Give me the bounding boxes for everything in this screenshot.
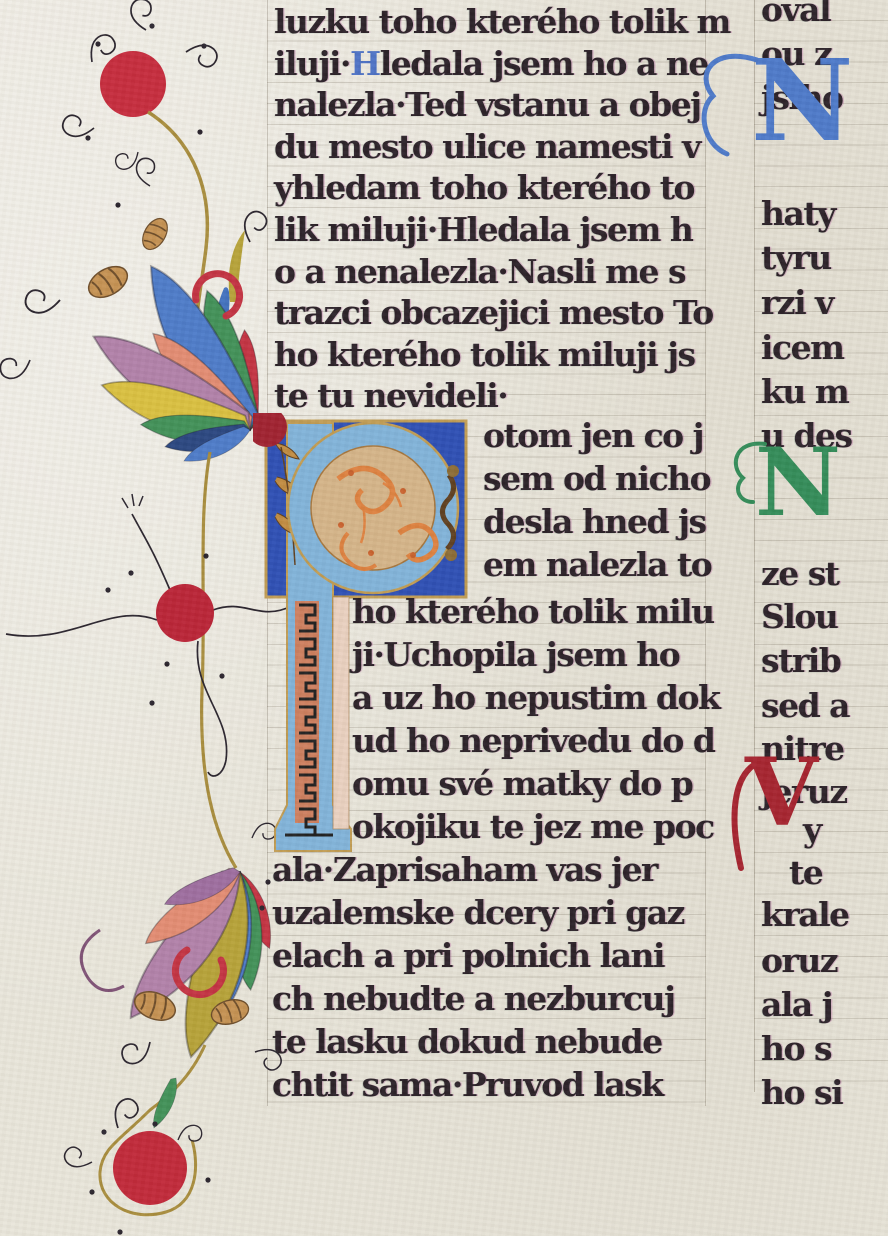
manuscript-page: luzku toho kterého tolik m iluji·Hledala… (0, 0, 888, 1236)
text-fragment: ku m (761, 372, 848, 411)
text-fragment: strib (761, 641, 840, 680)
text-line: du mesto ulice namesti v (274, 126, 730, 168)
text-line: omu své matky do p (352, 762, 719, 805)
text-line: te lasku dokud nebude (272, 1020, 684, 1063)
main-text-block-beside-stem: ho kterého tolik milu ji·Uchopila jsem h… (352, 590, 719, 848)
text-fragment: ho si (761, 1073, 842, 1112)
text-line: yhledam toho kterého to (274, 167, 730, 209)
text-line: o a nenalezla·Nasli me s (274, 251, 730, 293)
text-line: em nalezla to (483, 543, 711, 586)
text-line: chtit sama·Pruvod lask (272, 1063, 684, 1106)
text-line: a uz ho nepustim dok (352, 676, 719, 719)
text-fragment: tyru (761, 238, 831, 277)
text-fragment: sed a (761, 686, 849, 725)
text-fragment: ala j (761, 985, 832, 1024)
main-text-block-bottom: ala·Zaprisaham vas jer uzalemske dcery p… (272, 848, 684, 1106)
text-line: te tu nevideli· (274, 375, 730, 417)
text-line: trazci obcazejici mesto To (274, 292, 730, 334)
text-fragment: haty (761, 194, 835, 233)
bottom-berry-ornament (62, 1045, 211, 1235)
text-fragment: ze st (761, 554, 839, 593)
main-text-block-top: luzku toho kterého tolik m iluji·Hledala… (274, 1, 730, 417)
text-line: ho kterého tolik milu (352, 590, 719, 633)
text-line: iluji·Hledala jsem ho a ne (274, 43, 730, 85)
text-fragment: krale (761, 895, 849, 934)
text-fragment: oruz (761, 941, 837, 980)
inline-initial-h: H (350, 44, 380, 83)
text-line: luzku toho kterého tolik m (274, 1, 730, 43)
text-line: okojiku te jez me poc (352, 805, 719, 848)
floral-spray-lower (81, 821, 285, 1073)
text-line: lik miluji·Hledala jsem h (274, 209, 730, 251)
text-line: ji·Uchopila jsem ho (352, 633, 719, 676)
text-line: ud ho neprivedu do d (352, 719, 719, 762)
text-line: ch nebudte a nezburcuj (272, 977, 684, 1020)
text-fragment: oval (761, 0, 830, 29)
floral-spray-upper (0, 157, 280, 475)
text-fragment: Slou (761, 597, 837, 636)
text-line: nalezla·Ted vstanu a obej (274, 84, 730, 126)
illuminated-initial-blue-n: N (751, 46, 853, 158)
text-line: desla hned js (483, 500, 711, 543)
text-fragment: ho s (761, 1029, 831, 1068)
illuminated-initial-green-n: N (755, 436, 841, 530)
illuminated-initial-red-v: V (745, 746, 818, 840)
text-line: otom jen co j (483, 414, 711, 457)
text-line: ala·Zaprisaham vas jer (272, 848, 684, 891)
text-line: elach a pri polnich lani (272, 934, 684, 977)
text-line: sem od nicho (483, 457, 711, 500)
text-fragment: rzi v (761, 283, 833, 322)
main-text-block-beside-bowl: otom jen co j sem od nicho desla hned js… (483, 414, 711, 586)
text-fragment: te (789, 853, 822, 892)
text-line: ho kterého tolik miluji js (274, 334, 730, 376)
text-fragment: icem (761, 328, 844, 367)
right-text-column: N N V oval ou z jsiho haty tyru rzi v ic… (757, 0, 888, 1236)
text-line: uzalemske dcery pri gaz (272, 891, 684, 934)
